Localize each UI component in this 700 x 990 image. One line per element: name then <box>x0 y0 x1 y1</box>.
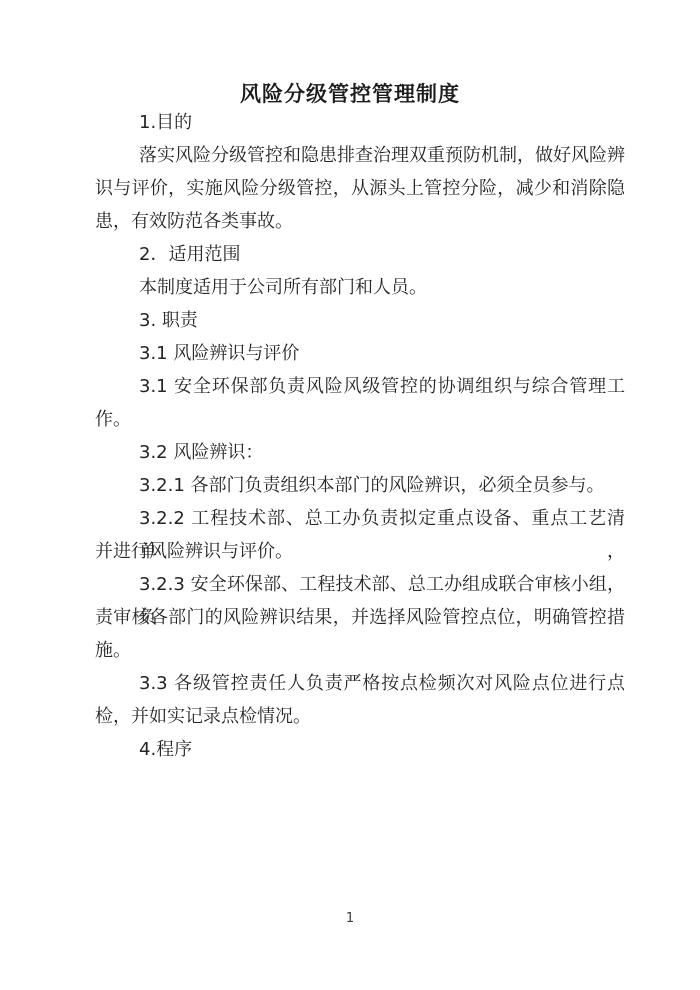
text-line: 本制度适用于公司所有部门和人员。 <box>95 271 625 304</box>
text-line: 3.2 风险辨识： <box>95 436 625 469</box>
text-line: 患，有效防范各类事故。 <box>95 205 625 238</box>
text-line: 3.3 各级管控责任人负责严格按点检频次对风险点位进行点 <box>95 667 625 700</box>
text-line: 4.程序 <box>95 733 625 766</box>
text-line: 3.2.3 安全环保部、工程技术部、总工办组成联合审核小组，负 <box>95 568 625 601</box>
text-line: 1.目的 <box>95 106 625 139</box>
text-line: 施。 <box>95 634 625 667</box>
document-title: 风险分级管控管理制度 <box>80 80 620 108</box>
page-number: 1 <box>0 910 700 928</box>
text-line: 检，并如实记录点检情况。 <box>95 700 625 733</box>
text-line: 3.1 安全环保部负责风险风级管控的协调组织与综合管理工 <box>95 370 625 403</box>
document-page: 风险分级管控管理制度 1.目的落实风险分级管控和隐患排查治理双重预防机制，做好风… <box>0 0 700 990</box>
text-line: 落实风险分级管控和隐患排查治理双重预防机制，做好风险辨 <box>95 139 625 172</box>
text-line: 3. 职责 <box>95 304 625 337</box>
text-line: 3.2.1 各部门负责组织本部门的风险辨识，必须全员参与。 <box>95 469 625 502</box>
text-line: 责审核各部门的风险辨识结果，并选择风险管控点位，明确管控措 <box>95 601 625 634</box>
document-body: 1.目的落实风险分级管控和隐患排查治理双重预防机制，做好风险辨识与评价，实施风险… <box>95 106 625 766</box>
text-line: 2．适用范围 <box>95 238 625 271</box>
text-line: 3.1 风险辨识与评价 <box>95 337 625 370</box>
text-line: 3.2.2 工程技术部、总工办负责拟定重点设备、重点工艺清单， <box>95 502 625 535</box>
text-line: 作。 <box>95 403 625 436</box>
text-line: 识与评价，实施风险分级管控，从源头上管控分险，减少和消除隐 <box>95 172 625 205</box>
